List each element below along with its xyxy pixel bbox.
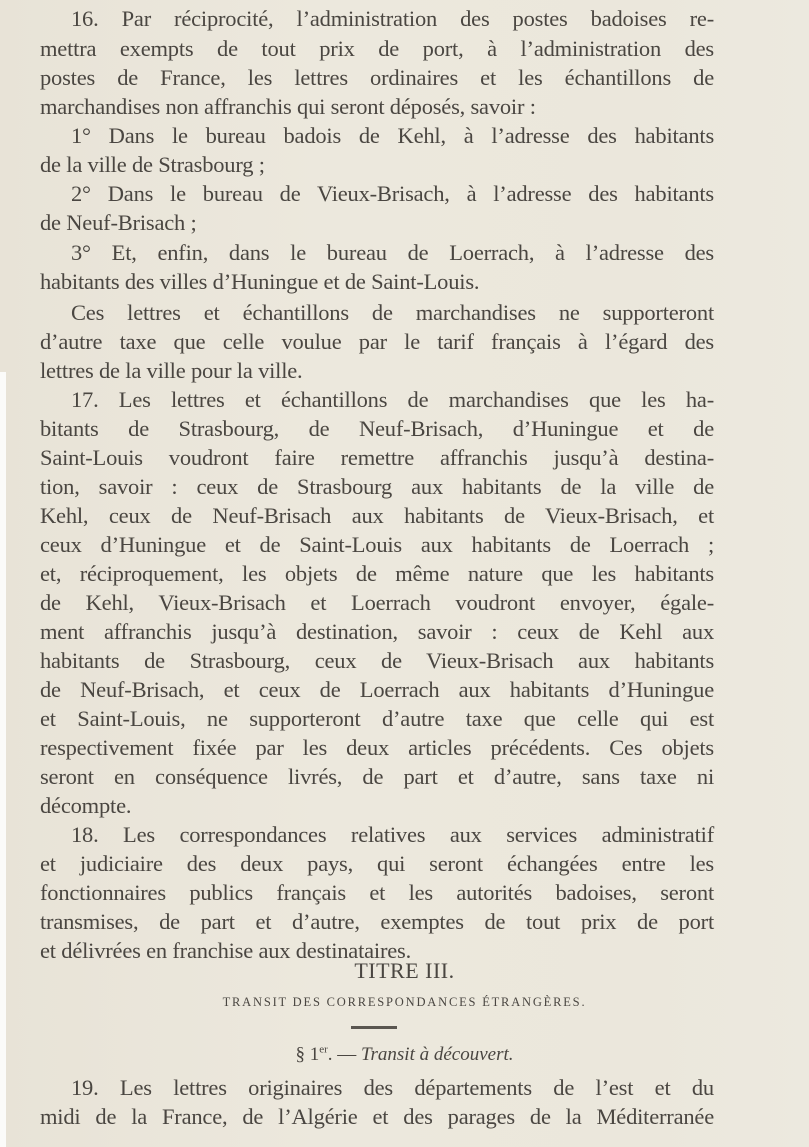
text-line: et judiciaire des deux pays, qui seront … xyxy=(40,849,714,879)
text-line: 18. Les correspondances relatives aux se… xyxy=(71,820,714,850)
text-line: 16. Par réciprocité, l’administration de… xyxy=(71,4,714,34)
section-subtitle: Transit des correspondances étrangères. xyxy=(0,995,809,1010)
text-line: Saint-Louis voudront faire remettre affr… xyxy=(40,443,714,473)
section-heading: TITRE III. xyxy=(0,958,809,984)
text-line: ment affranchis jusqu’à destination, sav… xyxy=(40,617,714,647)
text-line: mettra exempts de tout prix de port, à l… xyxy=(40,34,714,64)
text-line: d’autre taxe que celle voulue par le tar… xyxy=(40,327,714,357)
text-line: habitants des villes d’Huningue et de Sa… xyxy=(40,267,714,297)
text-line: de la ville de Strasbourg ; xyxy=(40,150,714,180)
text-line: 3° Et, enfin, dans le bureau de Loerrach… xyxy=(71,238,714,268)
text-line: bitants de Strasbourg, de Neuf-Brisach, … xyxy=(40,414,714,444)
text-line: respectivement fixée par les deux articl… xyxy=(40,733,714,763)
text-line: et, réciproquement, les objets de même n… xyxy=(40,559,714,589)
text-line: 1° Dans le bureau badois de Kehl, à l’ad… xyxy=(71,121,714,151)
document-page: 16. Par réciprocité, l’administration de… xyxy=(0,0,809,1147)
text-line: 2° Dans le bureau de Vieux-Brisach, à l’… xyxy=(71,179,714,209)
subsection-heading: § 1er. — Transit à découvert. xyxy=(0,1044,809,1066)
text-line: postes de France, les lettres ordinaires… xyxy=(40,63,714,93)
section-mark-sup: er xyxy=(319,1044,328,1056)
text-line: Ces lettres et échantillons de marchandi… xyxy=(71,298,714,328)
section-mark: § 1 xyxy=(295,1044,319,1065)
text-line: Kehl, ceux de Neuf-Brisach aux habitants… xyxy=(40,501,714,531)
text-line: fonctionnaires publics français et les a… xyxy=(40,878,714,908)
text-line: de Neuf-Brisach ; xyxy=(40,208,714,238)
text-line: 17. Les lettres et échantillons de march… xyxy=(71,385,714,415)
text-line: de Kehl, Vieux-Brisach et Loerrach voudr… xyxy=(40,588,714,618)
text-line: de Neuf-Brisach, et ceux de Loerrach aux… xyxy=(40,675,714,705)
text-line: lettres de la ville pour la ville. xyxy=(40,356,714,386)
text-line: tion, savoir : ceux de Strasbourg aux ha… xyxy=(40,472,714,502)
text-line: 19. Les lettres originaires des départem… xyxy=(71,1073,714,1103)
text-line: seront en conséquence livrés, de part et… xyxy=(40,762,714,792)
subsection-title: Transit à découvert. xyxy=(361,1044,514,1065)
text-line: transmises, de part et d’autre, exemptes… xyxy=(40,907,714,937)
text-line: ceux d’Huningue et de Saint-Louis aux ha… xyxy=(40,530,714,560)
text-line: décompte. xyxy=(40,791,714,821)
text-line: habitants de Strasbourg, ceux de Vieux-B… xyxy=(40,646,714,676)
divider-rule xyxy=(351,1026,397,1029)
text-line: marchandises non affranchis qui seront d… xyxy=(40,92,714,122)
text-line: midi de la France, de l’Algérie et des p… xyxy=(40,1102,714,1132)
scan-margin-strip xyxy=(0,372,6,1147)
text-line: et Saint-Louis, ne supporteront d’autre … xyxy=(40,704,714,734)
section-dash: . — xyxy=(328,1044,361,1065)
